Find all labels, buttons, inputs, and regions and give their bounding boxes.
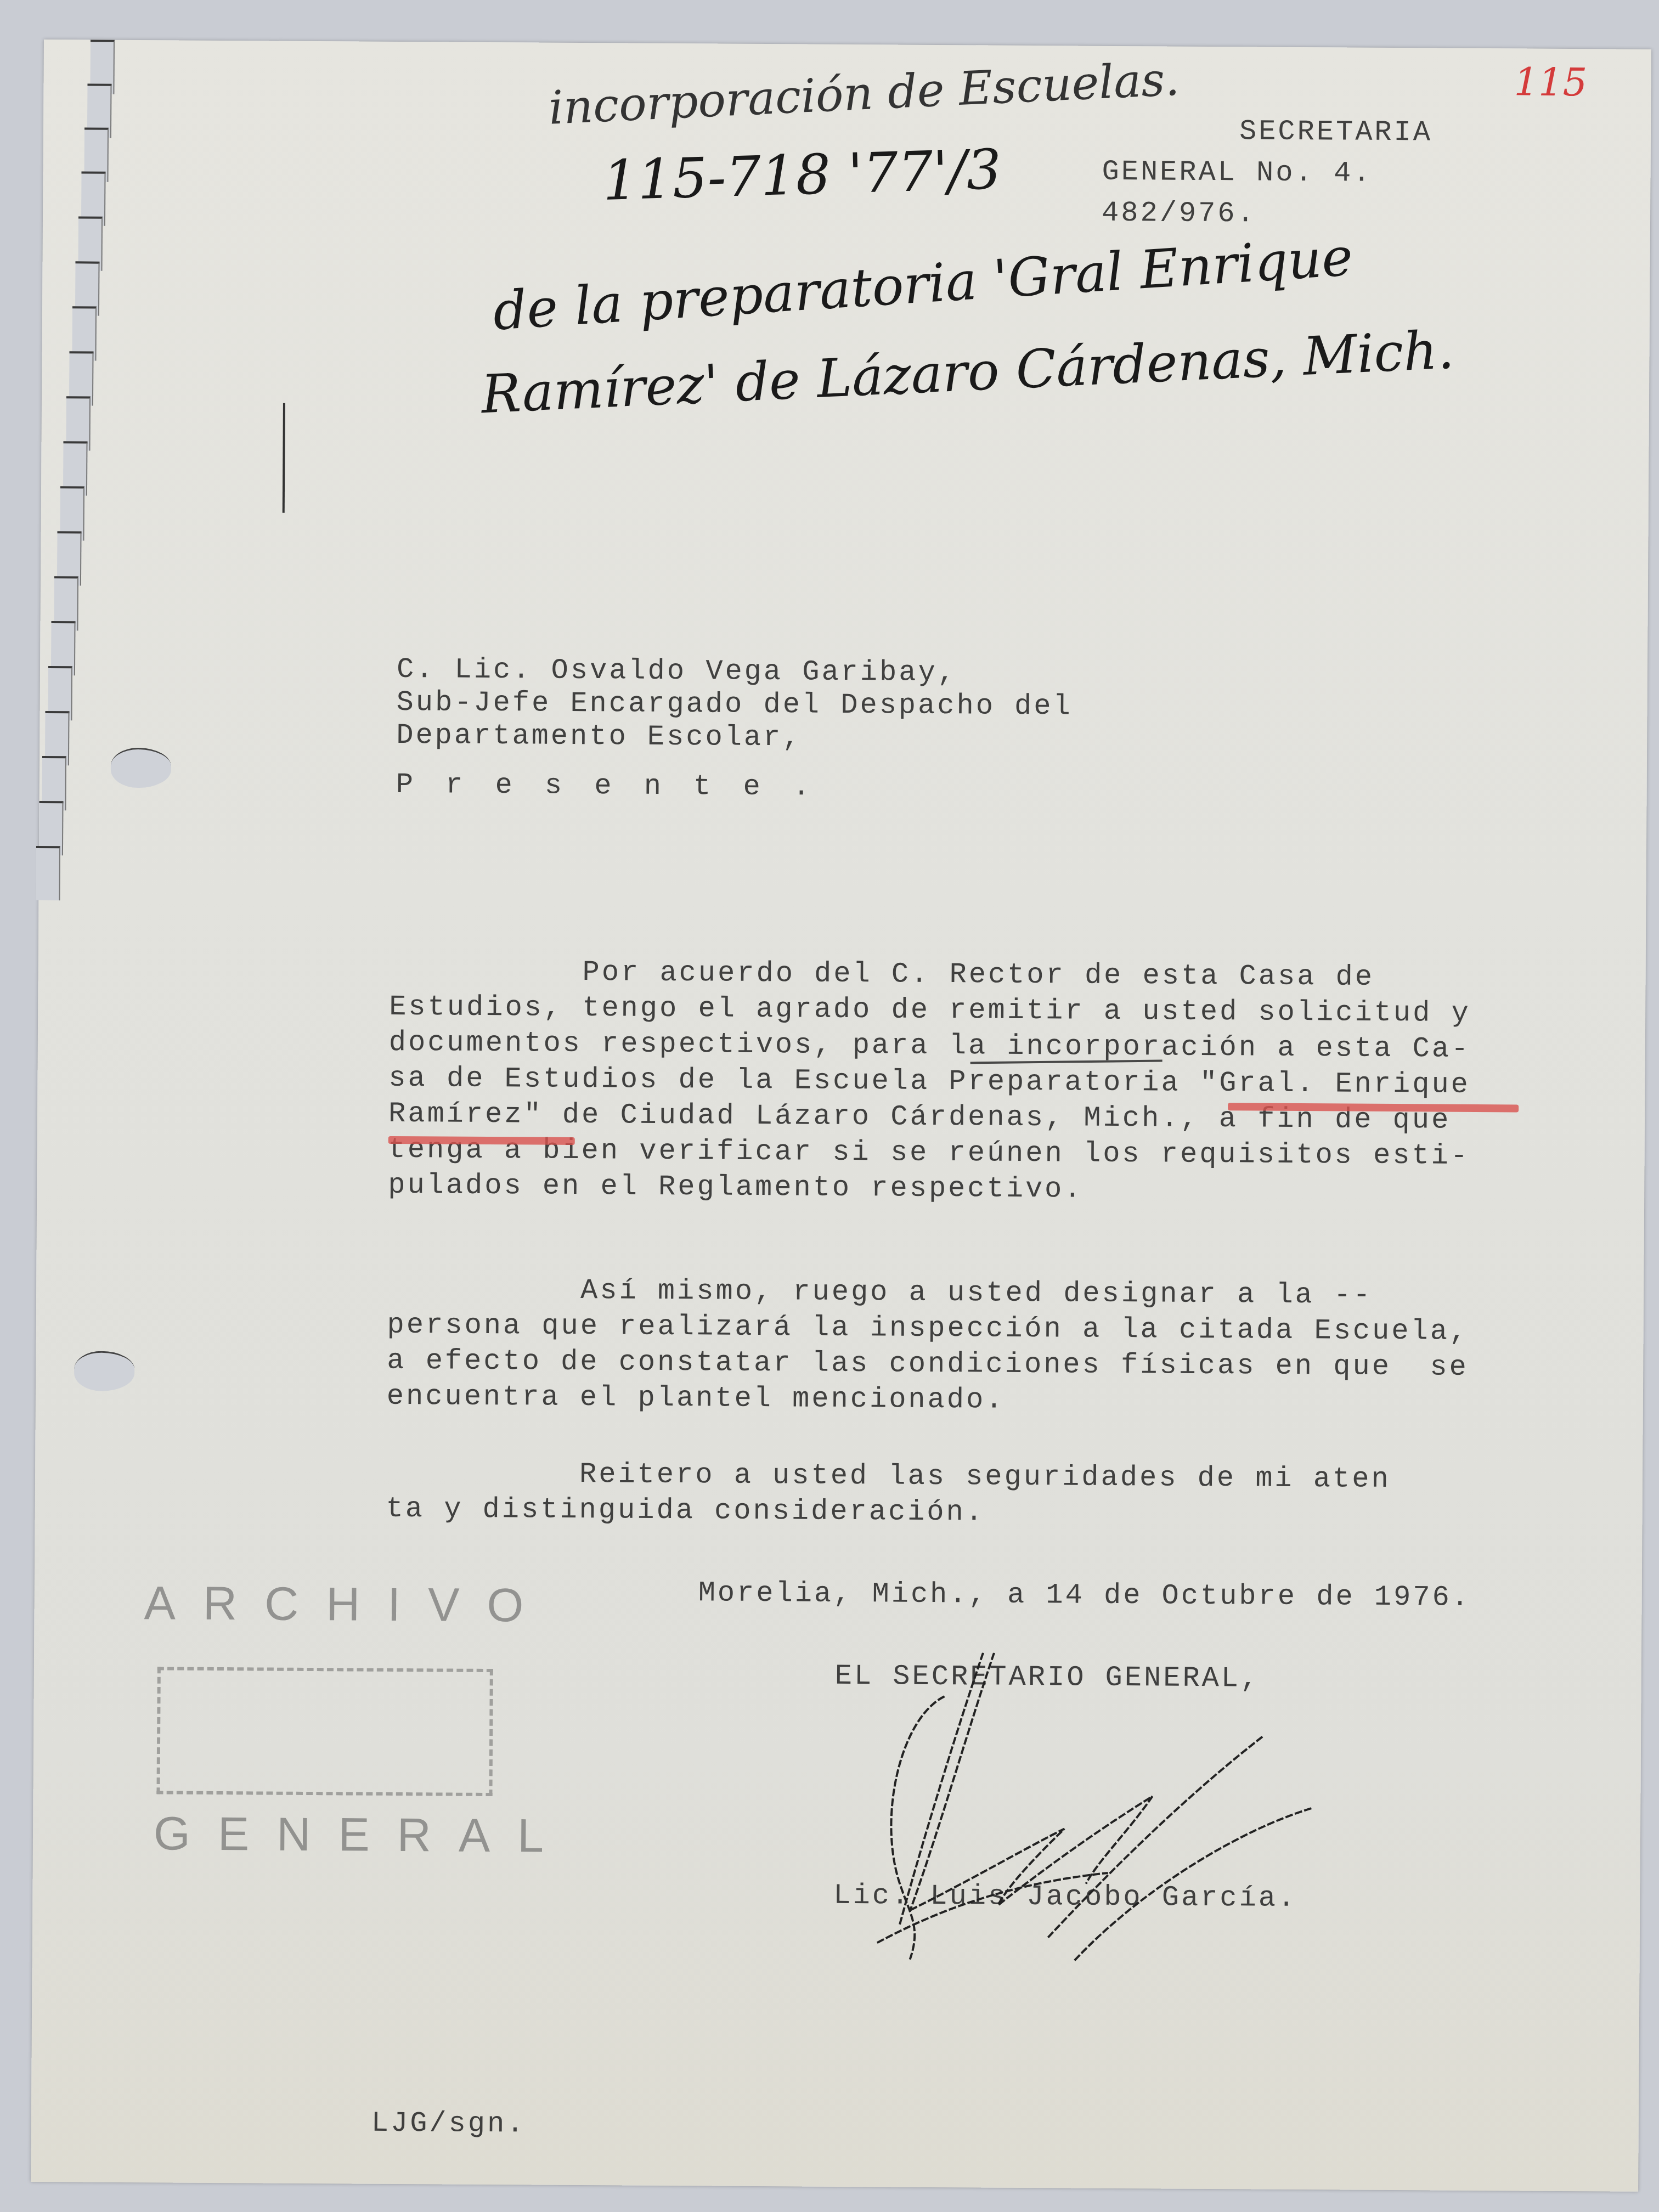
archive-stamp-box <box>156 1667 493 1796</box>
margin-pencil-line <box>283 403 285 513</box>
folio-number: 115 <box>1514 59 1587 105</box>
body-line: ta y distinguida consideración. <box>386 1490 985 1532</box>
red-underline <box>388 1136 575 1145</box>
archive-stamp-bottom: GENERAL <box>154 1807 572 1864</box>
place-date: Morelia, Mich., a 14 de Octubre de 1976. <box>698 1574 1471 1617</box>
punch-hole <box>74 1351 134 1391</box>
typist-initials: LJG/sgn. <box>371 2104 526 2144</box>
office-line-2: GENERAL No. 4. <box>1102 153 1372 193</box>
handwritten-line-2: de la preparatoria 'Gral Enrique <box>491 226 1355 342</box>
signature <box>44 39 1651 49</box>
handwritten-line-3: Ramírez' de Lázaro Cárdenas, Mich. <box>480 319 1455 425</box>
punch-hole <box>111 748 171 788</box>
handwritten-top-note: incorporación de Escuelas. <box>548 52 1181 135</box>
archive-stamp-top: ARCHIVO <box>144 1576 551 1633</box>
salutation: P r e s e n t e . <box>396 766 817 807</box>
office-line-1: SECRETARIA <box>1239 112 1432 152</box>
body-line: pulados en el Reglamento respectivo. <box>388 1166 1084 1209</box>
addressee-line-3: Departamento Escolar, <box>396 716 802 758</box>
document-page: incorporación de Escuelas. 115 115-718 '… <box>31 39 1651 2192</box>
binder-hole <box>36 846 60 900</box>
body-line: encuentra el plantel mencionado. <box>387 1378 1005 1420</box>
reference-number: 482/976. <box>1102 194 1256 234</box>
handwritten-file-code: 115-718 '77'/3 <box>602 137 1002 213</box>
